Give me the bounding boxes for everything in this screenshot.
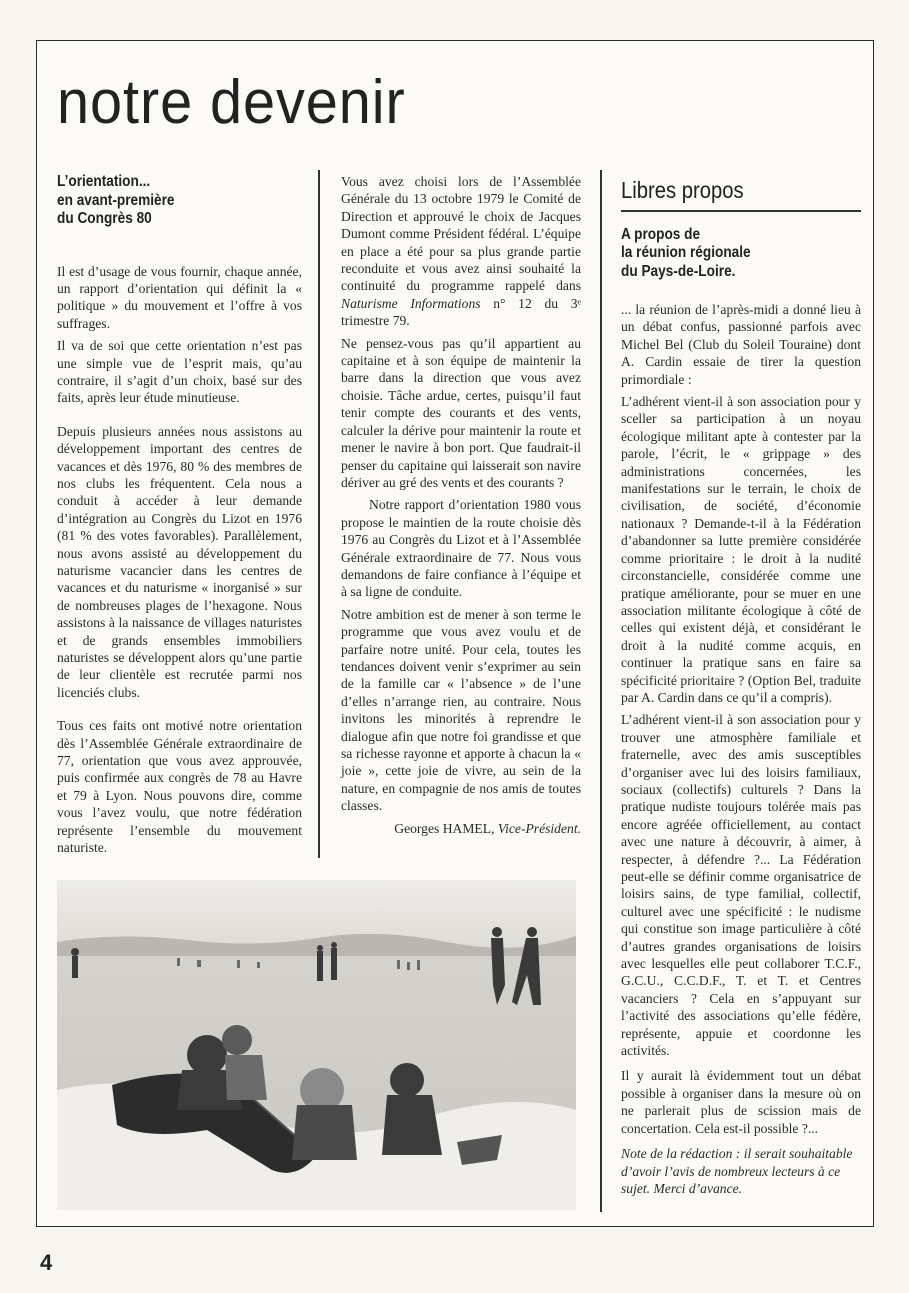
sidebar-heading: A propos de la réunion régionale du Pays… [621, 226, 832, 282]
sidebar-libres-propos: Libres propos A propos de la réunion rég… [621, 176, 861, 1202]
signature: Georges HAMEL, Vice-Président. [341, 820, 581, 837]
article-middle: Vous avez choisi lors de l’Assemblée Gén… [341, 173, 581, 842]
section-rule [621, 210, 861, 212]
beach-photo [57, 880, 576, 1210]
article-left: L’orientation... en avant-première du Co… [57, 173, 302, 862]
page-number: 4 [40, 1250, 52, 1276]
paragraph: L’adhérent vient-il à son association po… [621, 711, 861, 1059]
editor-note: Note de la rédaction : il serait souhait… [621, 1145, 861, 1197]
paragraph: Depuis plusieurs années nous assistons a… [57, 423, 302, 702]
paragraph: Tous ces faits ont motivé notre orientat… [57, 717, 302, 856]
paragraph: Notre rapport d’orientation 1980 vous pr… [341, 496, 581, 600]
paragraph: L’adhérent vient-il à son association po… [621, 393, 861, 706]
paragraph: Notre ambition est de mener à son terme … [341, 606, 581, 815]
article-left-heading: L’orientation... en avant-première du Co… [57, 173, 273, 229]
paragraph: Il y aurait là évidemment tout un débat … [621, 1067, 861, 1137]
paragraph: Il va de soi que cette orientation n’est… [57, 337, 302, 407]
paragraph: Ne pensez-vous pas qu’il appartient au c… [341, 335, 581, 492]
paragraph: ... la réunion de l’après-midi a donné l… [621, 301, 861, 388]
paragraph: Il est d’usage de vous fournir, chaque a… [57, 263, 302, 333]
section-title: Libres propos [621, 176, 832, 204]
paragraph: Vous avez choisi lors de l’Assemblée Gén… [341, 173, 581, 330]
column-divider-1 [318, 170, 320, 858]
page-title: notre devenir [57, 72, 406, 134]
beach-photo-image [57, 880, 576, 1210]
publication-name: Naturisme Informations [341, 296, 481, 311]
column-divider-2 [600, 170, 602, 1212]
